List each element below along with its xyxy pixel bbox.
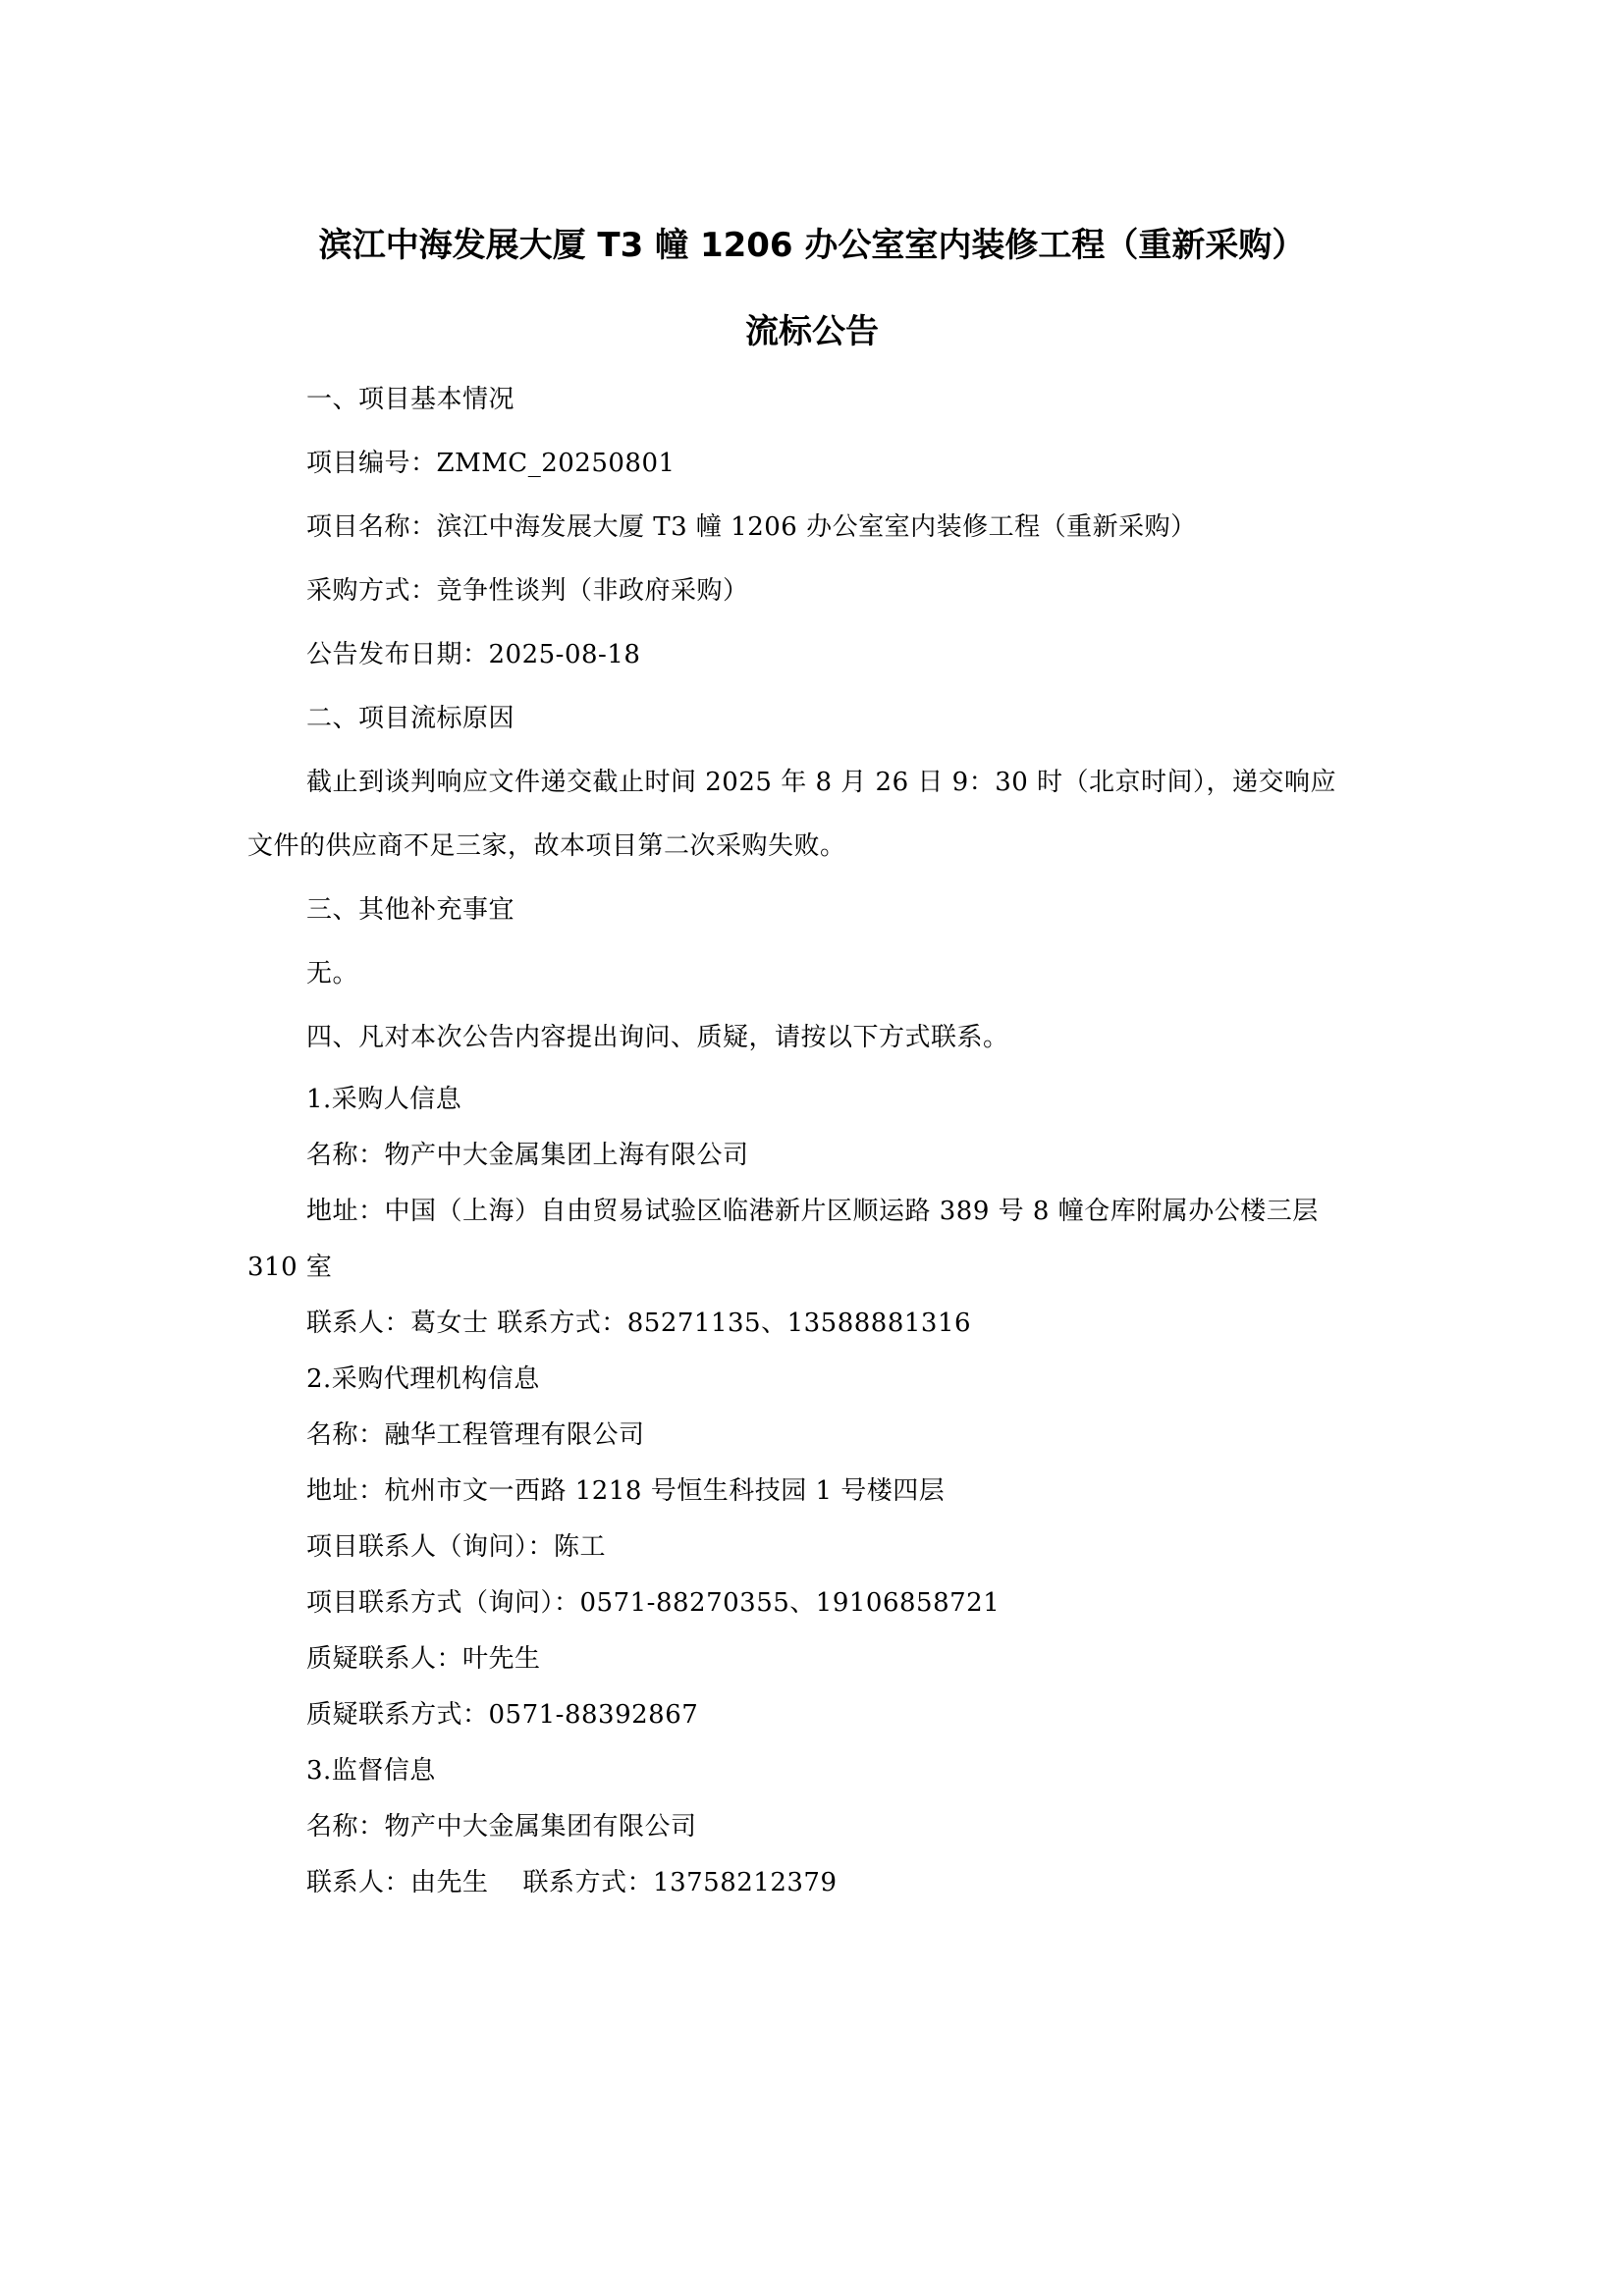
purchaser-name: 名称：物产中大金属集团上海有限公司 (306, 1141, 749, 1170)
document-subtitle: 流标公告 (0, 304, 1624, 352)
document-title: 滨江中海发展大厦 T3 幢 1206 办公室室内装修工程（重新采购） (0, 218, 1624, 266)
section-2-heading: 二、项目流标原因 (306, 704, 514, 733)
supervision-contact: 联系人：由先生 联系方式：13758212379 (306, 1868, 838, 1897)
agency-address: 地址：杭州市文一西路 1218 号恒生科技园 1 号楼四层 (306, 1476, 945, 1506)
purchaser-address-line-1: 地址：中国（上海）自由贸易试验区临港新片区顺运路 389 号 8 幢仓库附属办公… (306, 1197, 1319, 1226)
agency-heading: 2.采购代理机构信息 (306, 1364, 540, 1394)
project-number: 项目编号：ZMMC_20250801 (306, 449, 676, 478)
purchaser-heading: 1.采购人信息 (306, 1085, 461, 1114)
document-page: 滨江中海发展大厦 T3 幢 1206 办公室室内装修工程（重新采购） 流标公告 … (0, 0, 1624, 2296)
failure-reason-line-1: 截止到谈判响应文件递交截止时间 2025 年 8 月 26 日 9：30 时（北… (306, 768, 1336, 797)
failure-reason-line-2: 文件的供应商不足三家，故本项目第二次采购失败。 (247, 831, 846, 861)
purchaser-address-line-2: 310 室 (247, 1253, 332, 1282)
section-3-content: 无。 (306, 959, 358, 988)
publish-date: 公告发布日期：2025-08-18 (306, 640, 640, 669)
supervision-heading: 3.监督信息 (306, 1756, 436, 1786)
section-1-heading: 一、项目基本情况 (306, 385, 514, 414)
challenge-phone: 质疑联系方式：0571-88392867 (306, 1700, 698, 1730)
inquiry-contact: 项目联系人（询问）：陈工 (306, 1532, 606, 1562)
agency-name: 名称：融华工程管理有限公司 (306, 1420, 645, 1450)
project-name: 项目名称：滨江中海发展大厦 T3 幢 1206 办公室室内装修工程（重新采购） (306, 512, 1197, 542)
section-4-heading: 四、凡对本次公告内容提出询问、质疑，请按以下方式联系。 (306, 1023, 1009, 1052)
procurement-method: 采购方式：竞争性谈判（非政府采购） (306, 576, 749, 606)
challenge-contact: 质疑联系人：叶先生 (306, 1644, 541, 1674)
purchaser-contact: 联系人：葛女士 联系方式：85271135、13588881316 (306, 1308, 971, 1338)
supervision-name: 名称：物产中大金属集团有限公司 (306, 1812, 697, 1842)
section-3-heading: 三、其他补充事宜 (306, 895, 514, 925)
inquiry-phone: 项目联系方式（询问）：0571-88270355、19106858721 (306, 1588, 1000, 1618)
